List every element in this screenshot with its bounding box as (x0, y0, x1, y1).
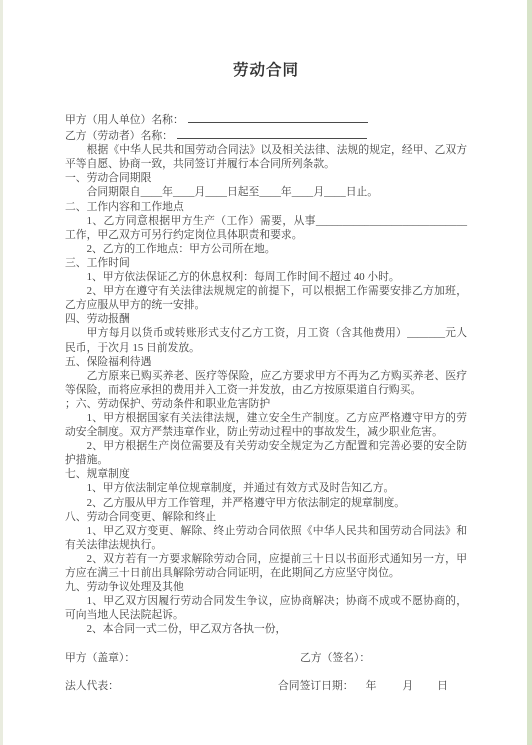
signature-row-2: 法人代表： 合同签订日期：年月日 (65, 679, 467, 693)
clause-paragraph: 合同期限自____年____月____日起至____年____月____日止。 (65, 185, 467, 199)
clause-paragraph: 2、本合同一式二份，甲乙双方各执一份， (65, 622, 467, 636)
clause-paragraph: 1、甲方依法制定单位规章制度，并通过有效方式及时告知乙方。 (65, 481, 467, 495)
clause-paragraph: 2、甲方在遵守有关法律法规规定的前提下，可以根据工作需要安排乙方加班，乙方应服从… (65, 284, 467, 312)
date-day-label: 日 (437, 679, 448, 693)
party-b-row: 乙方（劳动者）名称： (65, 127, 467, 143)
party-a-row: 甲方（用人单位）名称： (65, 111, 467, 127)
party-b-name-blank (177, 127, 367, 139)
clause-paragraph: 1、甲乙双方变更、解除、终止劳动合同依照《中华人民共和国劳动合同法》和有关法律法… (65, 524, 467, 552)
page-left-green-edge (0, 0, 3, 745)
contract-clauses: 根据《中华人民共和国劳动合同法》以及相关法律、法规的规定，经甲、乙双方平等自愿、… (65, 143, 467, 636)
page-right-green-edge (527, 0, 532, 745)
date-year-label: 年 (366, 679, 377, 693)
clause-heading: ；六、劳动保护、劳动条件和职业危害防护 (65, 397, 467, 411)
signature-row-1: 甲方（盖章）： 乙方（签名）： (65, 651, 467, 665)
party-b-label: 乙方（劳动者）名称： (65, 130, 173, 142)
contract-document: 劳动合同 甲方（用人单位）名称： 乙方（劳动者）名称： 根据《中华人民共和国劳动… (65, 60, 467, 693)
legal-rep-label: 法人代表： (65, 679, 278, 693)
clause-paragraph: 2、乙方服从甲方工作管理，并严格遵守甲方依法制定的规章制度。 (65, 496, 467, 510)
party-a-name-blank (188, 111, 368, 123)
party-b-sign-label: 乙方（签名）： (278, 651, 370, 665)
clause-paragraph: 2、乙方的工作地点：甲方公司所在地。 (65, 242, 467, 256)
clause-paragraph: 2、甲方根据生产岗位需要及有关劳动安全规定为乙方配置和完善必要的安全防护措施。 (65, 439, 467, 467)
clause-paragraph: 根据《中华人民共和国劳动合同法》以及相关法律、法规的规定，经甲、乙双方平等自愿、… (65, 143, 467, 171)
party-name-fields: 甲方（用人单位）名称： 乙方（劳动者）名称： (65, 111, 467, 143)
sign-date-line: 合同签订日期：年月日 (278, 679, 448, 693)
clause-paragraph: 乙方原来已购买养老、医疗等保险，应乙方要求甲方不再为乙方购买养老、医疗等保险，而… (65, 369, 467, 397)
clause-heading: 一、劳动合同期限 (65, 171, 467, 185)
clause-paragraph: 2、双方若有一方要求解除劳动合同，应提前三十日以书面形式通知另一方，甲方应在满三… (65, 552, 467, 580)
party-a-seal-label: 甲方（盖章）： (65, 651, 278, 665)
clause-paragraph: 1、甲方依法保证乙方的休息权利：每周工作时间不超过 40 小时。 (65, 270, 467, 284)
clause-paragraph: 甲方每月以货币或转账形式支付乙方工资，月工资（含其他费用）_______元人民币… (65, 326, 467, 354)
clause-heading: 五、保险福利待遇 (65, 355, 467, 369)
party-a-label: 甲方（用人单位）名称： (65, 114, 184, 126)
clause-heading: 八、劳动合同变更、解除和终止 (65, 510, 467, 524)
clause-heading: 二、工作内容和工作地点 (65, 200, 467, 214)
sign-date-label: 合同签订日期： (278, 680, 354, 692)
clause-paragraph: 1、甲乙双方因履行劳动合同发生争议，应协商解决；协商不成或不愿协商的，可向当地人… (65, 594, 467, 622)
date-month-label: 月 (402, 679, 413, 693)
clause-paragraph: 1、甲方根据国家有关法律法规，建立安全生产制度。乙方应严格遵守甲方的劳动安全制度… (65, 411, 467, 439)
contract-title: 劳动合同 (65, 60, 467, 82)
clause-heading: 七、规章制度 (65, 467, 467, 481)
clause-heading: 四、劳动报酬 (65, 312, 467, 326)
clause-heading: 三、工作时间 (65, 256, 467, 270)
clause-heading: 九、劳动争议处理及其他 (65, 580, 467, 594)
clause-paragraph: 1、乙方同意根据甲方生产（工作）需要，从事___________________… (65, 214, 467, 242)
